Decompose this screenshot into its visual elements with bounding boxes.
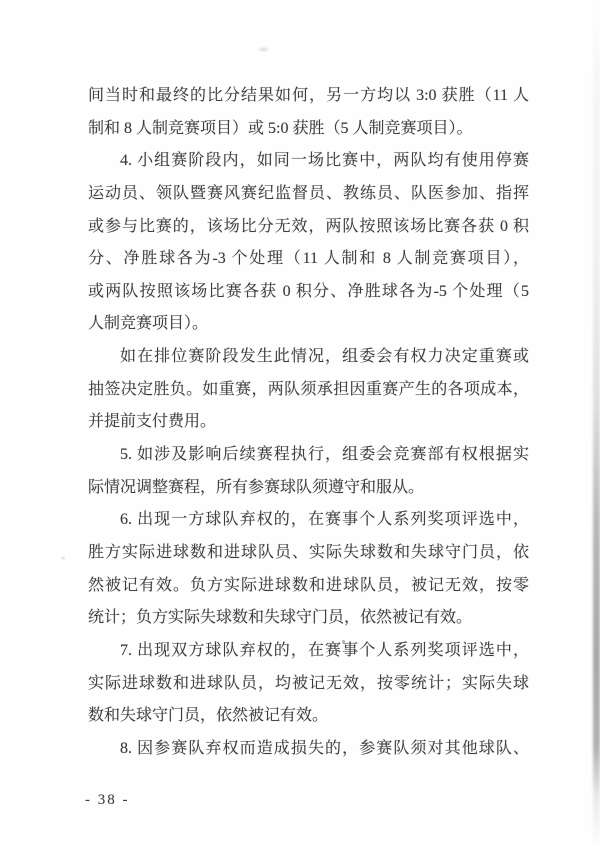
paragraph-continuation: 间当时和最终的比分结果如何，另一方均以 3:0 获胜（11 人 制和 8 人制竞…	[88, 80, 529, 145]
text-line: 分、净胜球各为-3 个处理（11 人制和 8 人制竞赛项目），	[88, 243, 529, 276]
scan-speck	[259, 48, 268, 51]
text-line: 如在排位赛阶段发生此情况，组委会有权力决定重赛或	[88, 341, 529, 374]
text-line: 然被记有效。负方实际进球数和进球队员，被记无效，按零	[88, 570, 529, 603]
paragraph-item-4-note: 如在排位赛阶段发生此情况，组委会有权力决定重赛或 抽签决定胜负。如重赛，两队须承…	[88, 341, 529, 439]
text-line: 际情况调整赛程，所有参赛球队须遵守和服从。	[88, 472, 529, 505]
scan-speck	[342, 640, 345, 643]
text-line: 并提前支付费用。	[88, 406, 529, 439]
page-number: - 38 -	[85, 792, 130, 809]
text-line: 数和失球守门员，依然被记有效。	[88, 700, 529, 733]
paragraph-item-4: 4. 小组赛阶段内，如同一场比赛中，两队均有使用停赛 运动员、领队暨赛风赛纪监督…	[88, 145, 529, 341]
text-line: 或两队按照该场比赛各获 0 积分、净胜球各为-5 个处理（5	[88, 276, 529, 309]
scanned-document-page: 间当时和最终的比分结果如何，另一方均以 3:0 获胜（11 人 制和 8 人制竞…	[0, 0, 600, 848]
text-line: 实际进球数和进球队员，均被记无效，按零统计；实际失球	[88, 668, 529, 701]
text-line: 4. 小组赛阶段内，如同一场比赛中，两队均有使用停赛	[88, 145, 529, 178]
text-line: 制和 8 人制竞赛项目）或 5:0 获胜（5 人制竞赛项目）。	[88, 113, 529, 146]
text-line: 6. 出现一方球队弃权的，在赛事个人系列奖项评选中，	[88, 504, 529, 537]
paragraph-item-8: 8. 因参赛队弃权而造成损失的，参赛队须对其他球队、	[88, 733, 529, 766]
text-line: 运动员、领队暨赛风赛纪监督员、教练员、队医参加、指挥	[88, 178, 529, 211]
text-line: 统计；负方实际失球数和失球守门员，依然被记有效。	[88, 602, 529, 635]
text-line: 胜方实际进球数和进球队员、实际失球数和失球守门员，依	[88, 537, 529, 570]
text-line: 7. 出现双方球队弃权的，在赛事个人系列奖项评选中，	[88, 635, 529, 668]
scan-edge-shadow	[593, 0, 600, 848]
scan-speck	[61, 557, 65, 559]
paragraph-item-7: 7. 出现双方球队弃权的，在赛事个人系列奖项评选中， 实际进球数和进球队员，均被…	[88, 635, 529, 733]
paragraph-item-5: 5. 如涉及影响后续赛程执行，组委会竞赛部有权根据实 际情况调整赛程，所有参赛球…	[88, 439, 529, 504]
text-line: 或参与比赛的，该场比分无效，两队按照该场比赛各获 0 积	[88, 211, 529, 244]
text-line: 5. 如涉及影响后续赛程执行，组委会竞赛部有权根据实	[88, 439, 529, 472]
paragraph-item-6: 6. 出现一方球队弃权的，在赛事个人系列奖项评选中， 胜方实际进球数和进球队员、…	[88, 504, 529, 635]
text-line: 人制竞赛项目）。	[88, 308, 529, 341]
text-line: 8. 因参赛队弃权而造成损失的，参赛队须对其他球队、	[88, 733, 529, 766]
document-body-text: 间当时和最终的比分结果如何，另一方均以 3:0 获胜（11 人 制和 8 人制竞…	[88, 80, 529, 765]
text-line: 抽签决定胜负。如重赛，两队须承担因重赛产生的各项成本，	[88, 374, 529, 407]
text-line: 间当时和最终的比分结果如何，另一方均以 3:0 获胜（11 人	[88, 80, 529, 113]
